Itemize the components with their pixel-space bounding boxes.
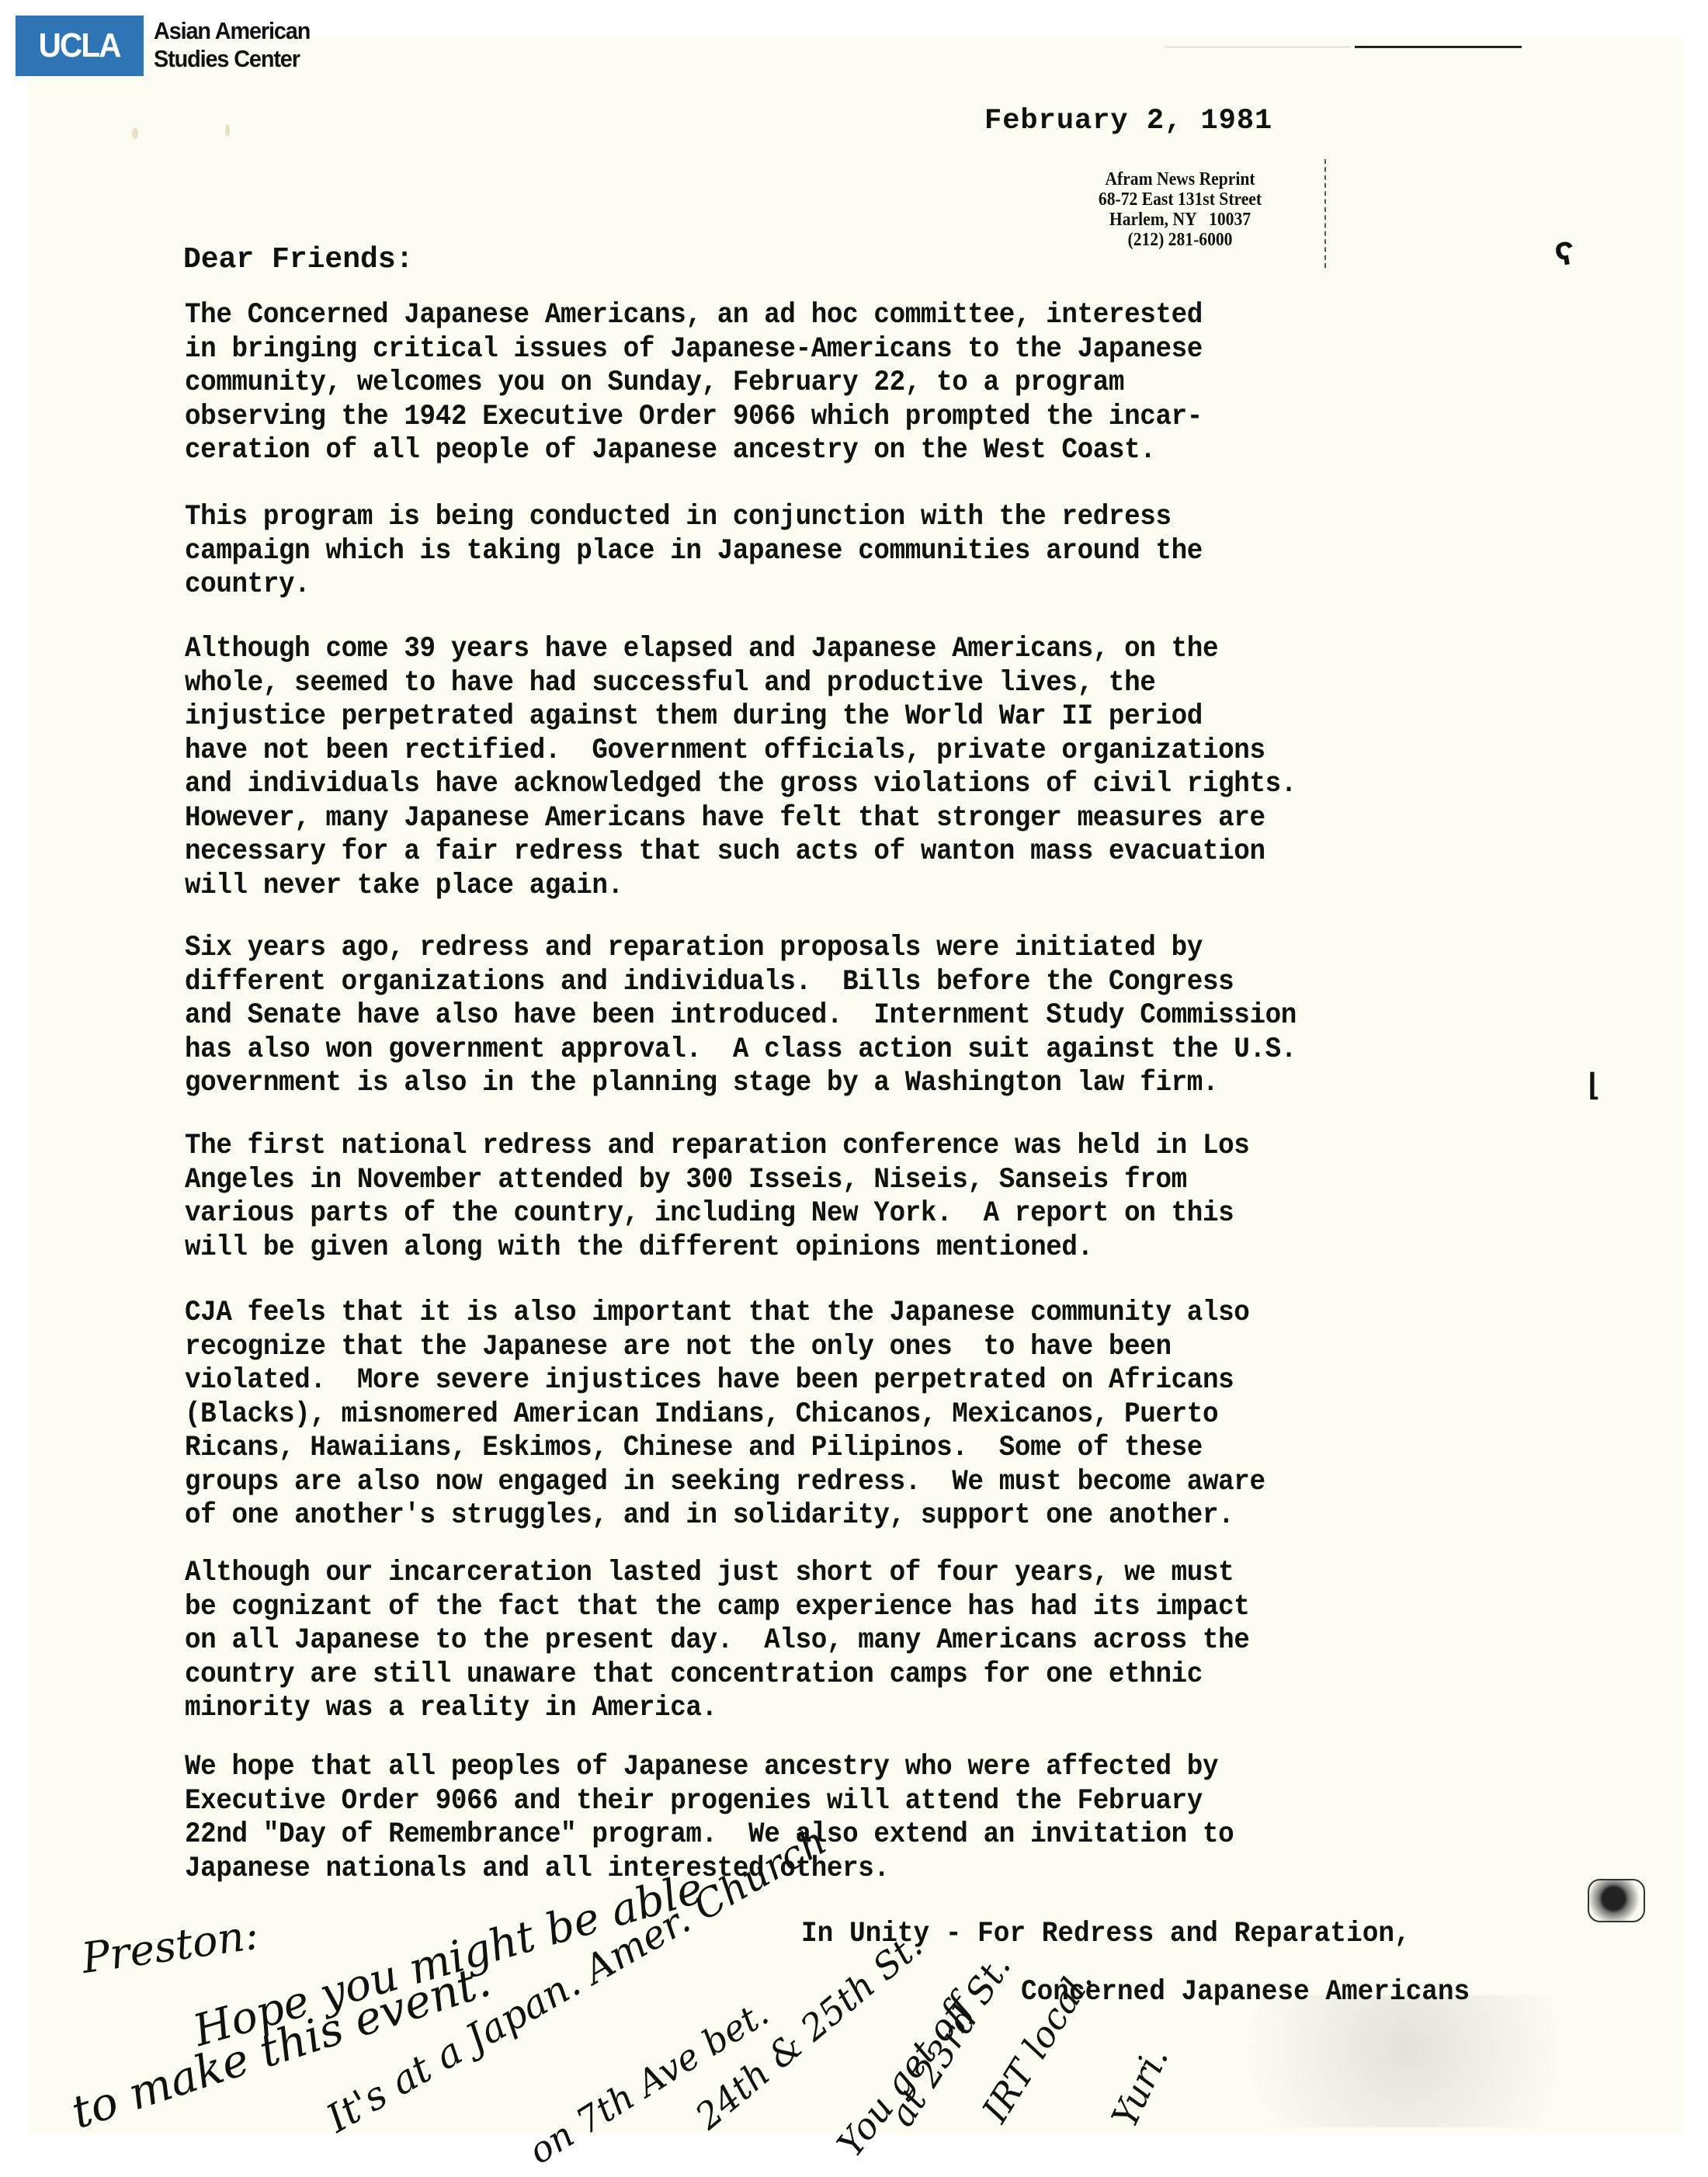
body-line: injustice perpetrated against them durin… [185,700,1297,734]
body-line: and individuals have acknowledged the gr… [185,768,1297,802]
body-line: Executive Order 9066 and their progenies… [185,1785,1234,1819]
body-line: campaign which is taking place in Japane… [185,535,1203,569]
stamp-line: Afram News Reprint [1040,169,1320,189]
letter-date: February 2, 1981 [984,105,1272,137]
header-rule-faint [1165,47,1351,47]
body-line: This program is being conducted in conju… [185,501,1203,535]
body-line: recognize that the Japanese are not the … [185,1331,1265,1365]
body-line: country. [185,568,1203,602]
body-paragraph: Although come 39 years have elapsed and … [185,633,1297,903]
center-name-line2: Studies Center [154,45,310,73]
body-paragraph: We hope that all peoples of Japanese anc… [185,1751,1234,1886]
body-paragraph: Six years ago, redress and reparation pr… [185,932,1297,1101]
paper-stain [225,124,230,137]
body-line: ceration of all people of Japanese ances… [185,434,1203,468]
body-line: different organizations and individuals.… [185,966,1297,1000]
stamp-line: (212) 281-6000 [1040,230,1320,250]
body-line: observing the 1942 Executive Order 9066 … [185,401,1203,435]
body-line: various parts of the country, including … [185,1197,1249,1231]
paper-stain [132,128,138,139]
body-line: 22nd "Day of Remembrance" program. We al… [185,1818,1234,1852]
body-line: government is also in the planning stage… [185,1067,1297,1101]
body-line: Angeles in November attended by 300 Isse… [185,1164,1249,1198]
body-line: Although come 39 years have elapsed and … [185,633,1297,667]
body-line: have not been rectified. Government offi… [185,734,1297,769]
center-name-line1: Asian American [154,17,310,45]
body-line: CJA feels that it is also important that… [185,1297,1265,1331]
body-line: Ricans, Hawaiians, Eskimos, Chinese and … [185,1432,1265,1466]
body-paragraph: The Concerned Japanese Americans, an ad … [185,299,1203,468]
body-line: The Concerned Japanese Americans, an ad … [185,299,1203,333]
body-paragraph: CJA feels that it is also important that… [185,1297,1265,1533]
body-line: The first national redress and reparatio… [185,1130,1249,1164]
body-line: (Blacks), misnomered American Indians, C… [185,1398,1265,1432]
body-line: Although our incarceration lasted just s… [185,1557,1249,1591]
body-line: minority was a reality in America. [185,1692,1249,1726]
stamp-line: Harlem, NY 10037 [1040,210,1320,230]
body-line: will never take place again. [185,870,1297,904]
stamp-divider [1324,159,1326,268]
body-line: on all Japanese to the present day. Also… [185,1624,1249,1658]
ucla-logo: UCLA [16,16,144,76]
afram-reprint-stamp: Afram News Reprint 68-72 East 131st Stre… [1025,169,1335,250]
body-line: community, welcomes you on Sunday, Febru… [185,366,1203,401]
body-line: However, many Japanese Americans have fe… [185,802,1297,836]
body-paragraph: Although our incarceration lasted just s… [185,1557,1249,1726]
body-line: and Senate have also have been introduce… [185,999,1297,1033]
body-paragraph: The first national redress and reparatio… [185,1130,1249,1265]
body-line: necessary for a fair redress that such a… [185,835,1297,870]
body-line: country are still unaware that concentra… [185,1658,1249,1693]
body-line: in bringing critical issues of Japanese-… [185,333,1203,367]
stamp-line: 68-72 East 131st Street [1040,189,1320,210]
greeting: Dear Friends: [183,243,413,276]
body-line: groups are also now engaged in seeking r… [185,1466,1265,1500]
ink-blot-icon [1588,1879,1645,1922]
body-paragraph: This program is being conducted in conju… [185,501,1203,602]
body-line: Six years ago, redress and reparation pr… [185,932,1297,966]
body-line: be cognizant of the fact that the camp e… [185,1591,1249,1625]
body-line: We hope that all peoples of Japanese anc… [185,1751,1234,1785]
body-line: violated. More severe injustices have be… [185,1364,1265,1398]
center-name: Asian American Studies Center [154,17,321,73]
body-line: of one another's struggles, and in solid… [185,1499,1265,1533]
body-line: will be given along with the different o… [185,1231,1249,1266]
body-line: has also won government approval. A clas… [185,1033,1297,1068]
margin-mark-icon: ⌊ [1584,1068,1602,1106]
body-line: whole, seemed to have had successful and… [185,667,1297,701]
header-rule [1355,46,1522,48]
logo-text: UCLA [39,26,120,65]
photocopy-speckle [1188,1995,1623,2127]
